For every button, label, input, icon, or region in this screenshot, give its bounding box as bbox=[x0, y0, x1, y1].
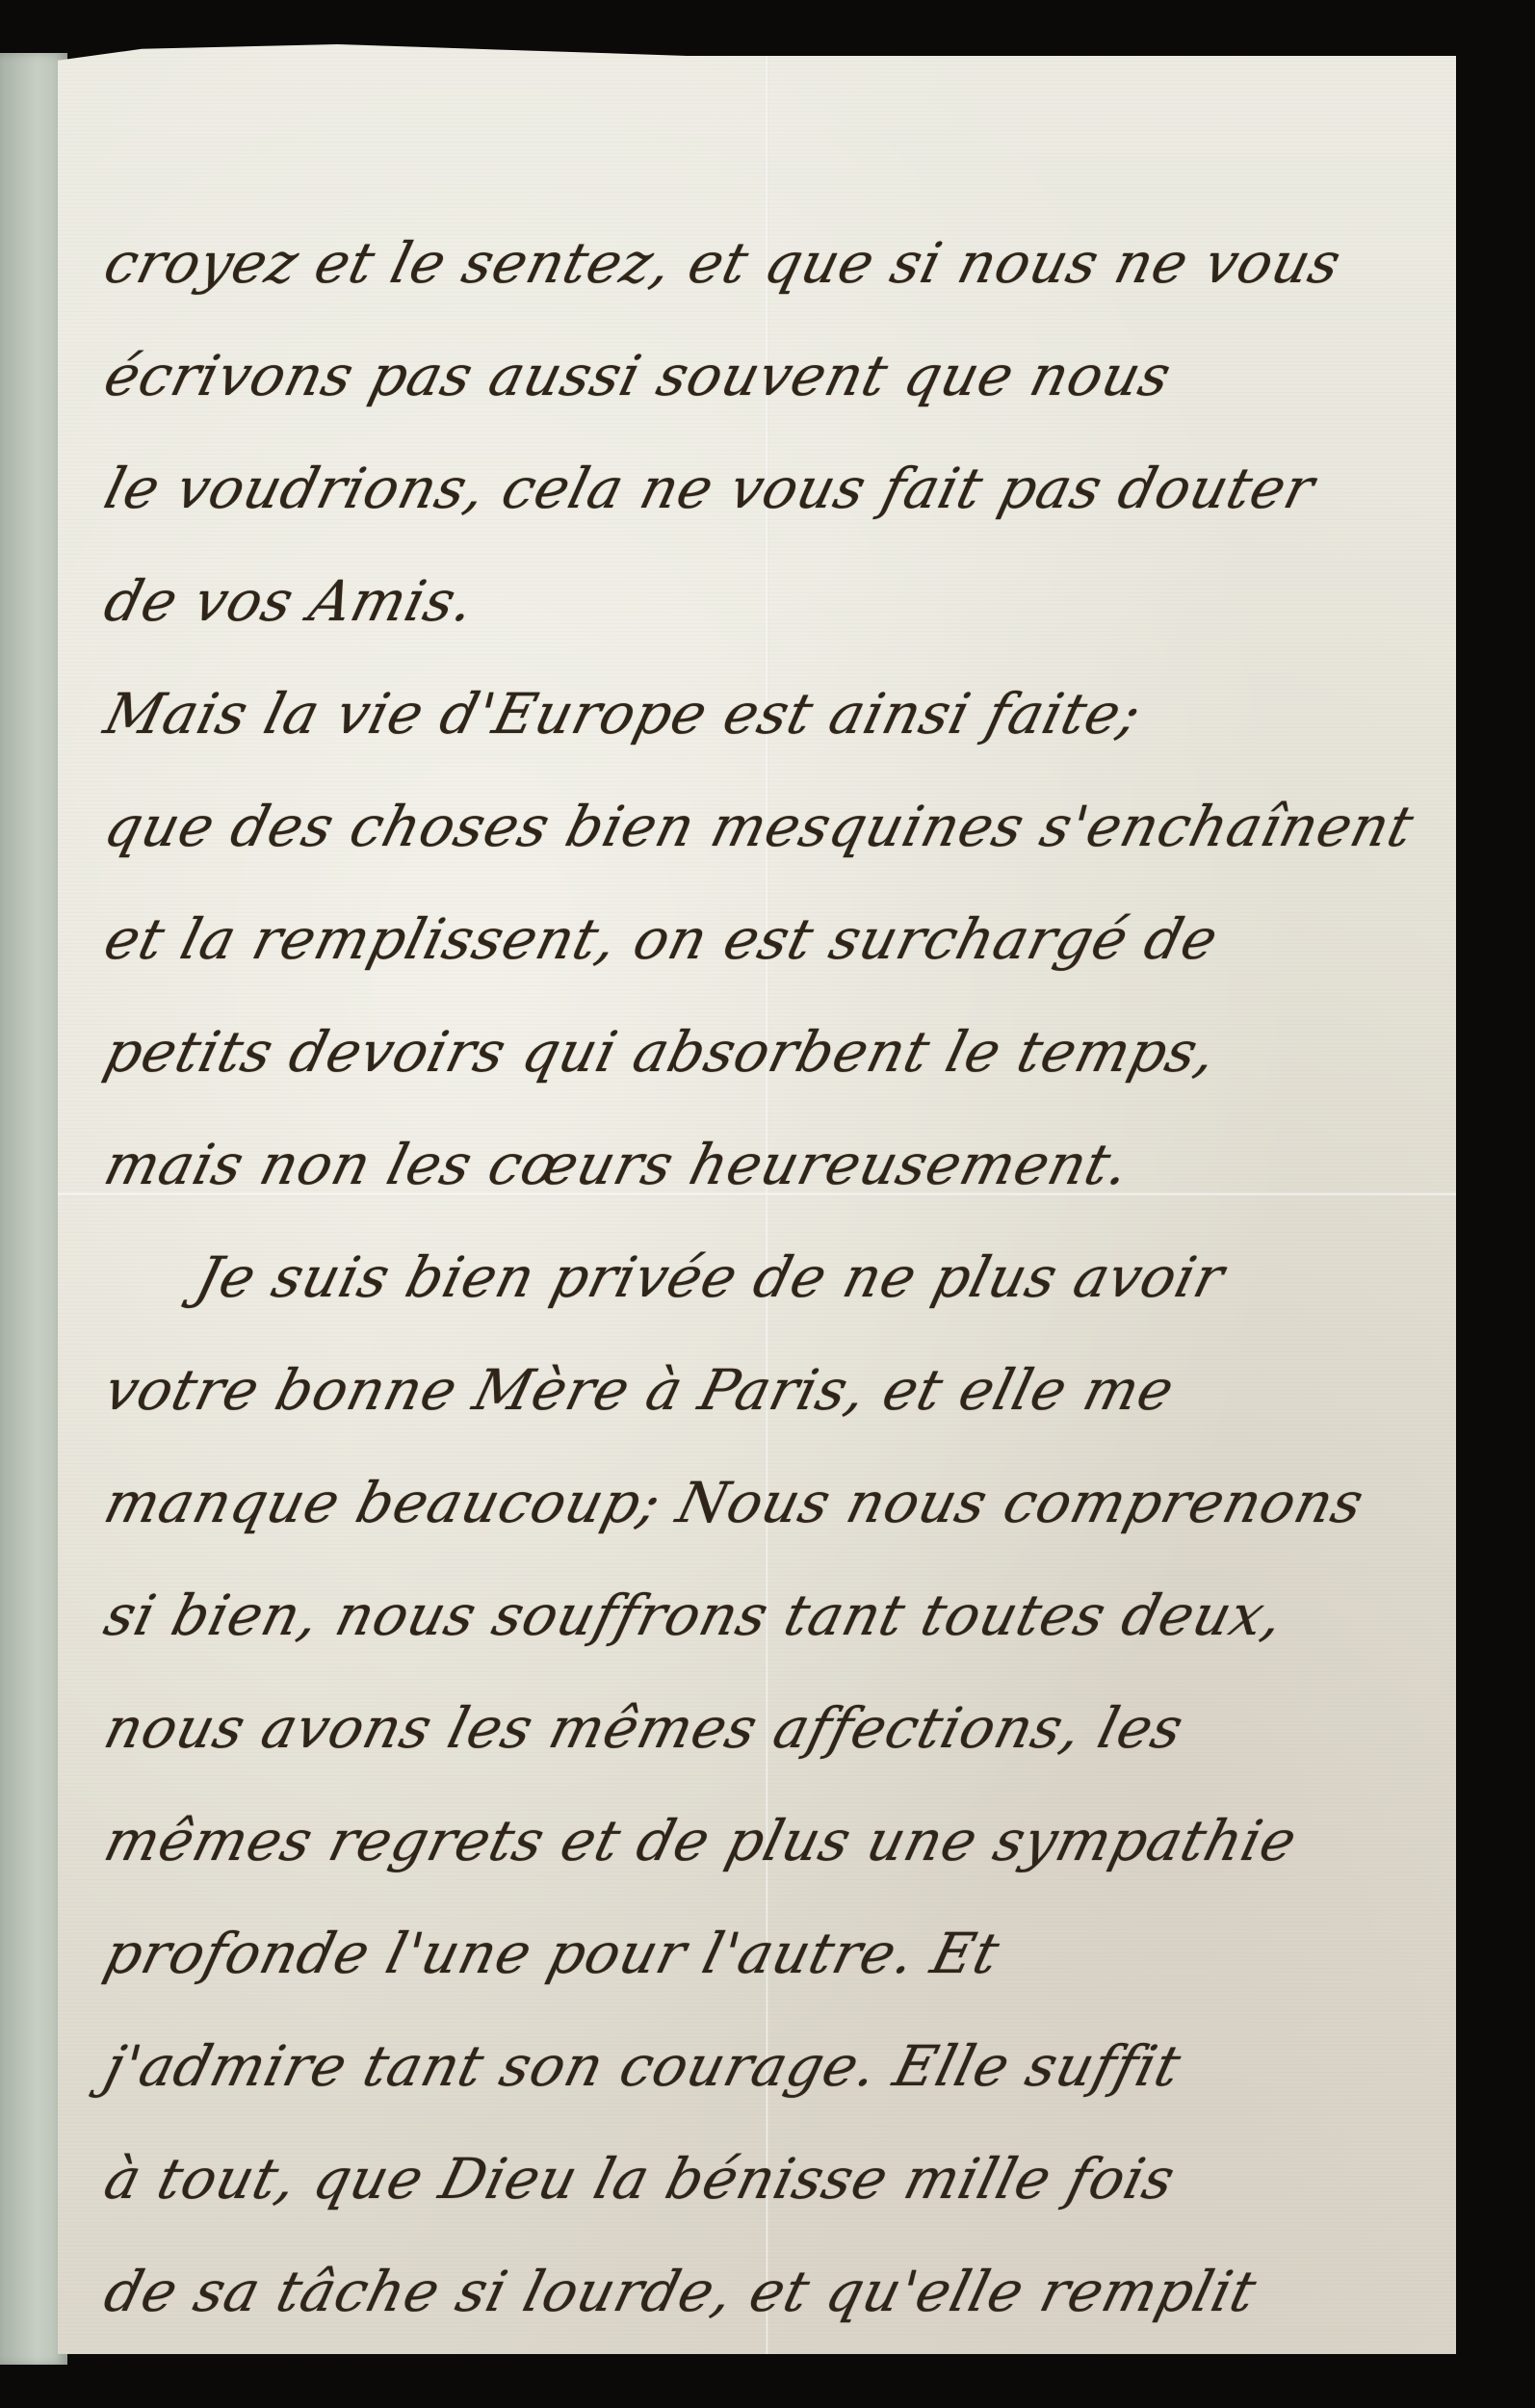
handwritten-line: j'admire tant son courage. Elle suffit bbox=[96, 1992, 1472, 2105]
faded-letterhead bbox=[751, 102, 1098, 141]
handwritten-line: Mais la vie d'Europe est ainsi faite; bbox=[96, 640, 1472, 752]
handwritten-line: manque beaucoup; Nous nous comprenons bbox=[96, 1428, 1472, 1541]
handwritten-line: de vos Amis. bbox=[96, 527, 1472, 640]
handwritten-line: de sa tâche si lourde, et qu'elle rempli… bbox=[96, 2217, 1472, 2330]
handwritten-line: si bien, nous souffrons tant toutes deux… bbox=[96, 1541, 1472, 1654]
handwritten-line: nous avons les mêmes affections, les bbox=[96, 1654, 1472, 1767]
handwritten-line: écrivons pas aussi souvent que nous bbox=[96, 301, 1472, 414]
handwritten-line: votre bonne Mère à Paris, et elle me bbox=[96, 1316, 1472, 1428]
handwritten-line: le voudrions, cela ne vous fait pas dout… bbox=[96, 414, 1472, 527]
handwritten-line: mêmes regrets et de plus une sympathie bbox=[96, 1767, 1472, 1879]
handwritten-line: et la remplissent, on est surchargé de bbox=[96, 865, 1472, 978]
handwritten-line: que des choses bien mesquines s'enchaîne… bbox=[96, 752, 1472, 865]
handwritten-line: profonde l'une pour l'autre. Et bbox=[96, 1879, 1472, 1992]
letter-sheet: croyez et le sentez, et que si nous ne v… bbox=[58, 44, 1456, 2354]
handwritten-line: petits devoirs qui absorbent le temps, bbox=[96, 978, 1472, 1090]
handwritten-text-body: croyez et le sentez, et que si nous ne v… bbox=[111, 189, 1459, 2330]
handwritten-line: croyez et le sentez, et que si nous ne v… bbox=[96, 189, 1472, 301]
underlying-page-edge bbox=[0, 53, 67, 2365]
handwritten-line: mais non les cœurs heureusement. bbox=[96, 1090, 1472, 1203]
handwritten-line: à tout, que Dieu la bénisse mille fois bbox=[96, 2105, 1472, 2217]
handwritten-line-paragraph-start: Je suis bien privée de ne plus avoir bbox=[96, 1203, 1472, 1316]
